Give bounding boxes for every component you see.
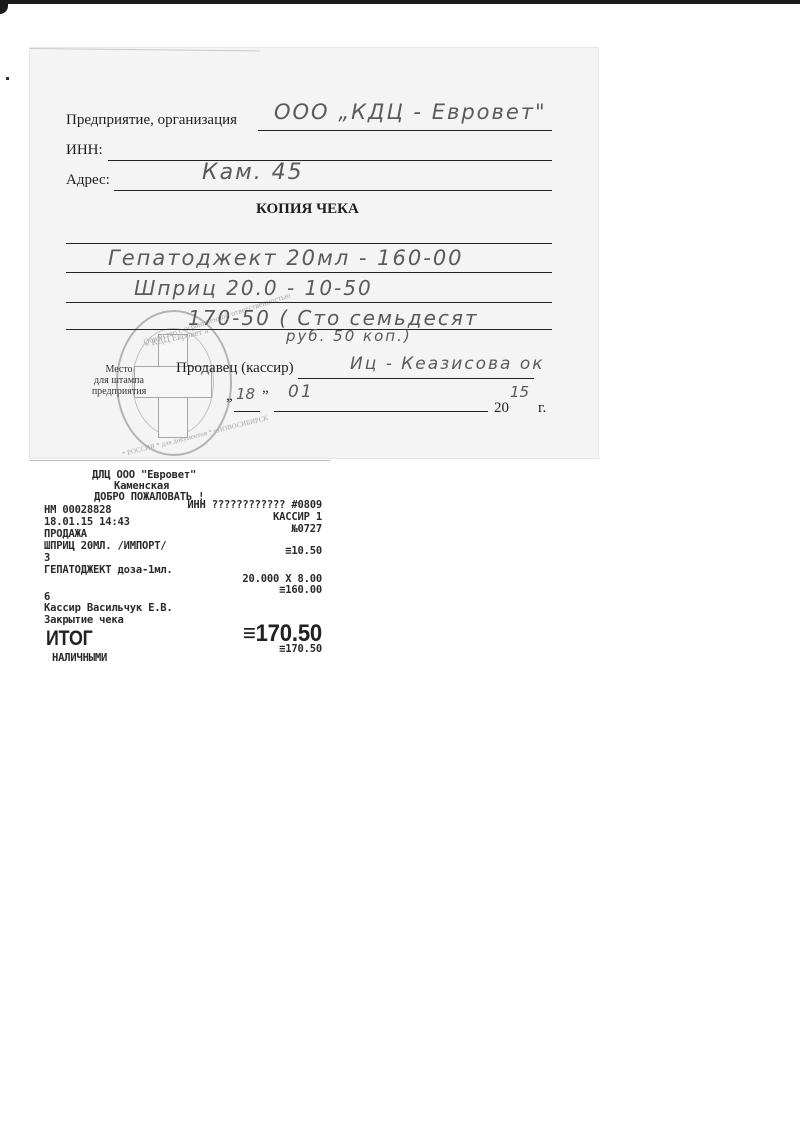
- item-line-1: Гепатоджект 20мл - 160-00: [108, 246, 464, 270]
- receipt-item-2-sum: ≡160.00: [279, 584, 322, 596]
- date-year-prefix: 20: [494, 400, 509, 417]
- receipt-item-2-name: ГЕПАТОДЖЕКТ доза-1мл.: [44, 564, 173, 576]
- date-day: 18: [236, 385, 255, 403]
- date-day-underline: [234, 411, 260, 412]
- receipt-item-1-code: 3: [44, 552, 50, 564]
- inn-label: ИНН:: [66, 142, 103, 159]
- receipt-inn: ИНН ???????????? #0809: [187, 499, 322, 511]
- seller-value: Иц - Кеазисова ок: [350, 354, 545, 374]
- receipt-cashier: Кассир Васильчук Е.В.: [44, 602, 173, 614]
- cash-register-receipt: ДЛЦ ООО "Евровет" Каменская ДОБРО ПОЖАЛО…: [30, 460, 330, 671]
- date-month: 01: [288, 382, 314, 402]
- seller-label: Продавец (кассир): [176, 360, 294, 377]
- form-title: КОПИЯ ЧЕКА: [256, 201, 359, 218]
- scan-corner: [0, 0, 8, 14]
- address-underline: [114, 190, 552, 191]
- date-year-suffix: 15: [510, 383, 529, 401]
- enterprise-underline: [258, 130, 552, 131]
- receipt-nm: НМ 00028828: [44, 504, 111, 516]
- item-line-2: Шприц 20.0 - 10-50: [134, 276, 373, 300]
- stamp-place-line-1: Место: [84, 364, 154, 375]
- date-month-underline: [274, 411, 488, 412]
- date-quote-close: ”: [262, 388, 269, 405]
- inn-underline: [108, 160, 552, 161]
- address-value: Кам. 45: [202, 160, 304, 185]
- receipt-number: №0727: [291, 523, 322, 535]
- receipt-closing: Закрытие чека: [44, 614, 124, 626]
- receipt-payment-label: НАЛИЧНЫМИ: [52, 652, 107, 664]
- receipt-copy-form: Общество с ограниченной ответственностью…: [30, 48, 598, 458]
- item-line-4: руб. 50 коп.): [286, 327, 412, 345]
- scan-border: [0, 0, 800, 4]
- stamp-place-line-2: для штампа: [84, 375, 154, 386]
- address-label: Адрес:: [66, 172, 110, 189]
- receipt-cashier-no: КАССИР 1: [273, 511, 322, 523]
- receipt-payment-value: ≡170.50: [279, 643, 322, 655]
- date-quote-open: „: [226, 388, 233, 405]
- paper-fold: [30, 48, 260, 51]
- receipt-item-1-sum: ≡10.50: [285, 545, 322, 557]
- receipt-item-1-name: ШПРИЦ 20МЛ. /ИМПОРТ/: [44, 540, 166, 552]
- scan-speck: [6, 77, 9, 80]
- receipt-operation: ПРОДАЖА: [44, 528, 87, 540]
- receipt-datetime: 18.01.15 14:43: [44, 516, 130, 528]
- line-3: [66, 302, 552, 303]
- line-2: [66, 272, 552, 273]
- receipt-total-label: ИТОГ: [46, 627, 93, 651]
- enterprise-label: Предприятие, организация: [66, 112, 237, 129]
- stamp-place-label: Место для штампа предприятия: [84, 364, 154, 397]
- line-1: [66, 243, 552, 244]
- enterprise-value: ООО „КДЦ - Евровет": [274, 100, 547, 124]
- stamp-place-line-3: предприятия: [84, 386, 154, 397]
- date-year-unit: г.: [538, 400, 546, 417]
- seller-underline: [298, 378, 534, 379]
